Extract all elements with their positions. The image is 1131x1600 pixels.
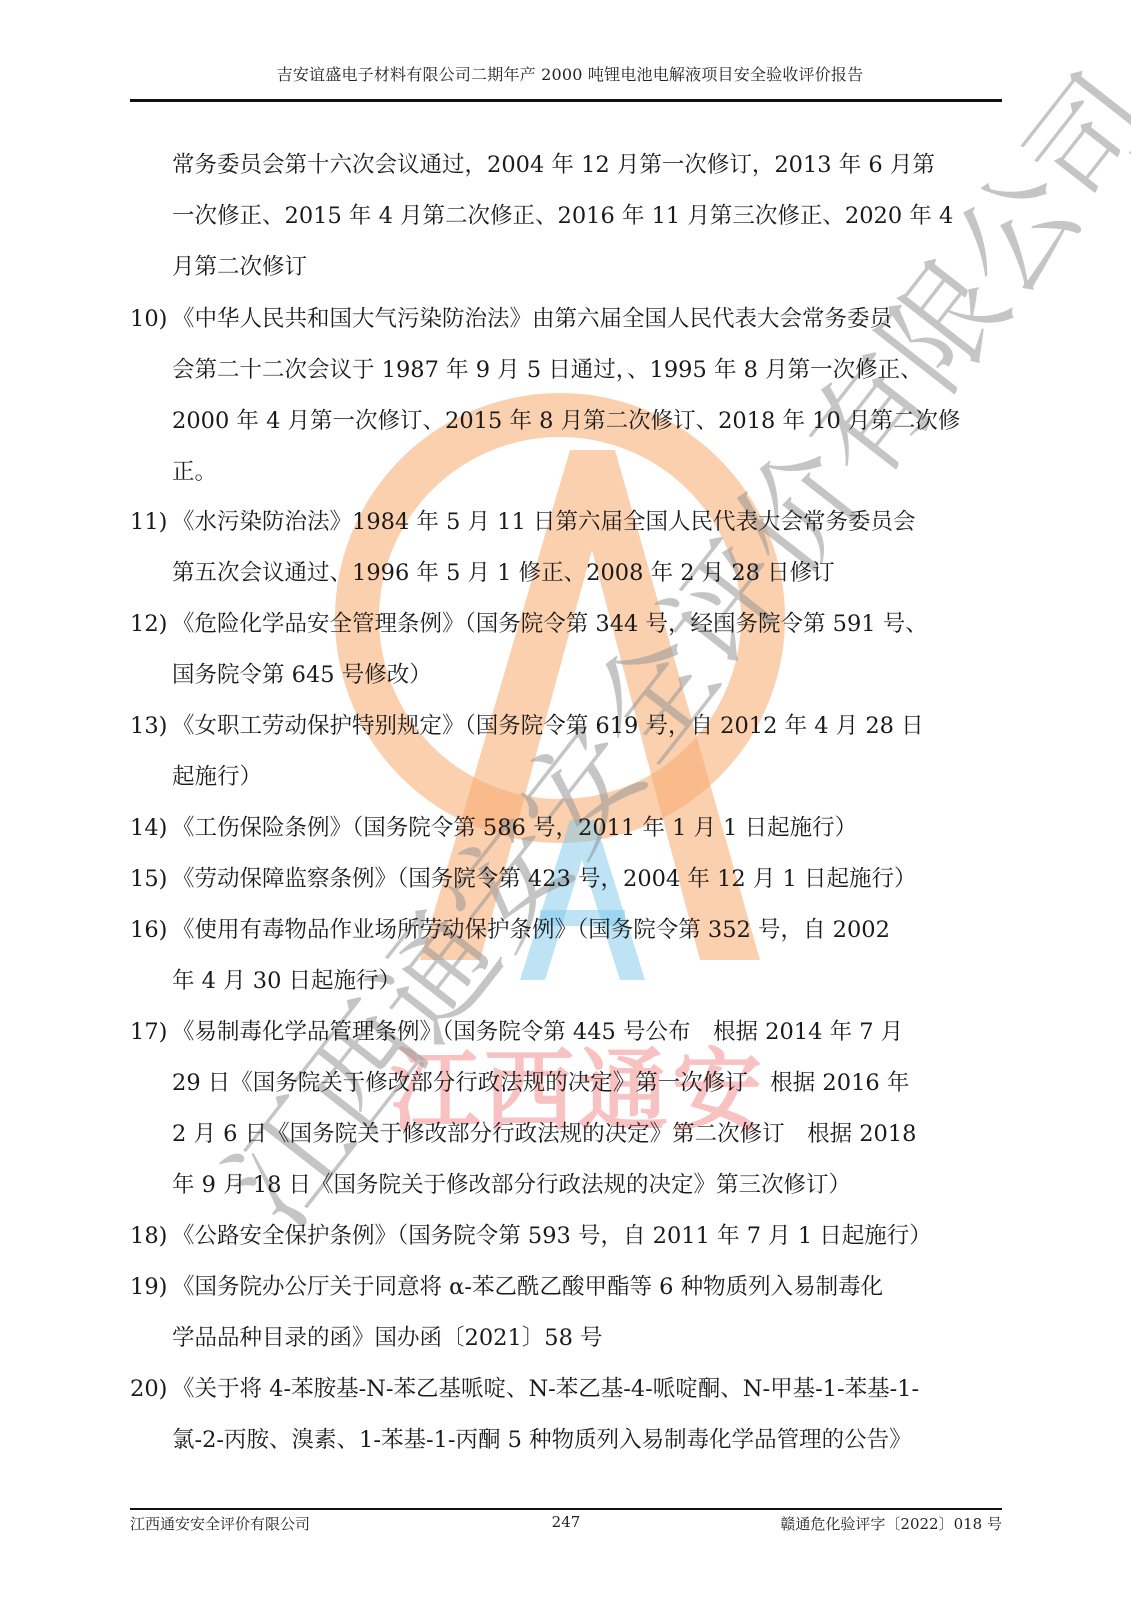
page-footer: 江西通安安全评价有限公司 247 赣通危化验评字〔2022〕018 号 (130, 1513, 1002, 1535)
item-number: 14) (130, 803, 172, 853)
header-divider (130, 99, 1002, 102)
footer-divider (130, 1508, 1002, 1510)
item-number: 11) (130, 497, 172, 547)
page-header-title: 吉安谊盛电子材料有限公司二期年产 2000 吨锂电池电解液项目安全验收评价报告 (130, 62, 1010, 85)
document-page: 江西通安 江西通安安全评价有限公司 吉安谊盛电子材料有限公司二期年产 2000 … (0, 0, 1131, 1600)
item-number: 12) (130, 599, 172, 649)
item-number: 10) (130, 294, 172, 344)
item-number: 13) (130, 701, 172, 751)
item-number: 19) (130, 1262, 172, 1312)
footer-doc-number: 赣通危化验评字〔2022〕018 号 (780, 1513, 1002, 1534)
item-number: 16) (130, 905, 172, 955)
item-number: 17) (130, 1007, 172, 1057)
item-number: 18) (130, 1211, 172, 1261)
item-number: 15) (130, 854, 172, 904)
item-number: 20) (130, 1364, 172, 1414)
